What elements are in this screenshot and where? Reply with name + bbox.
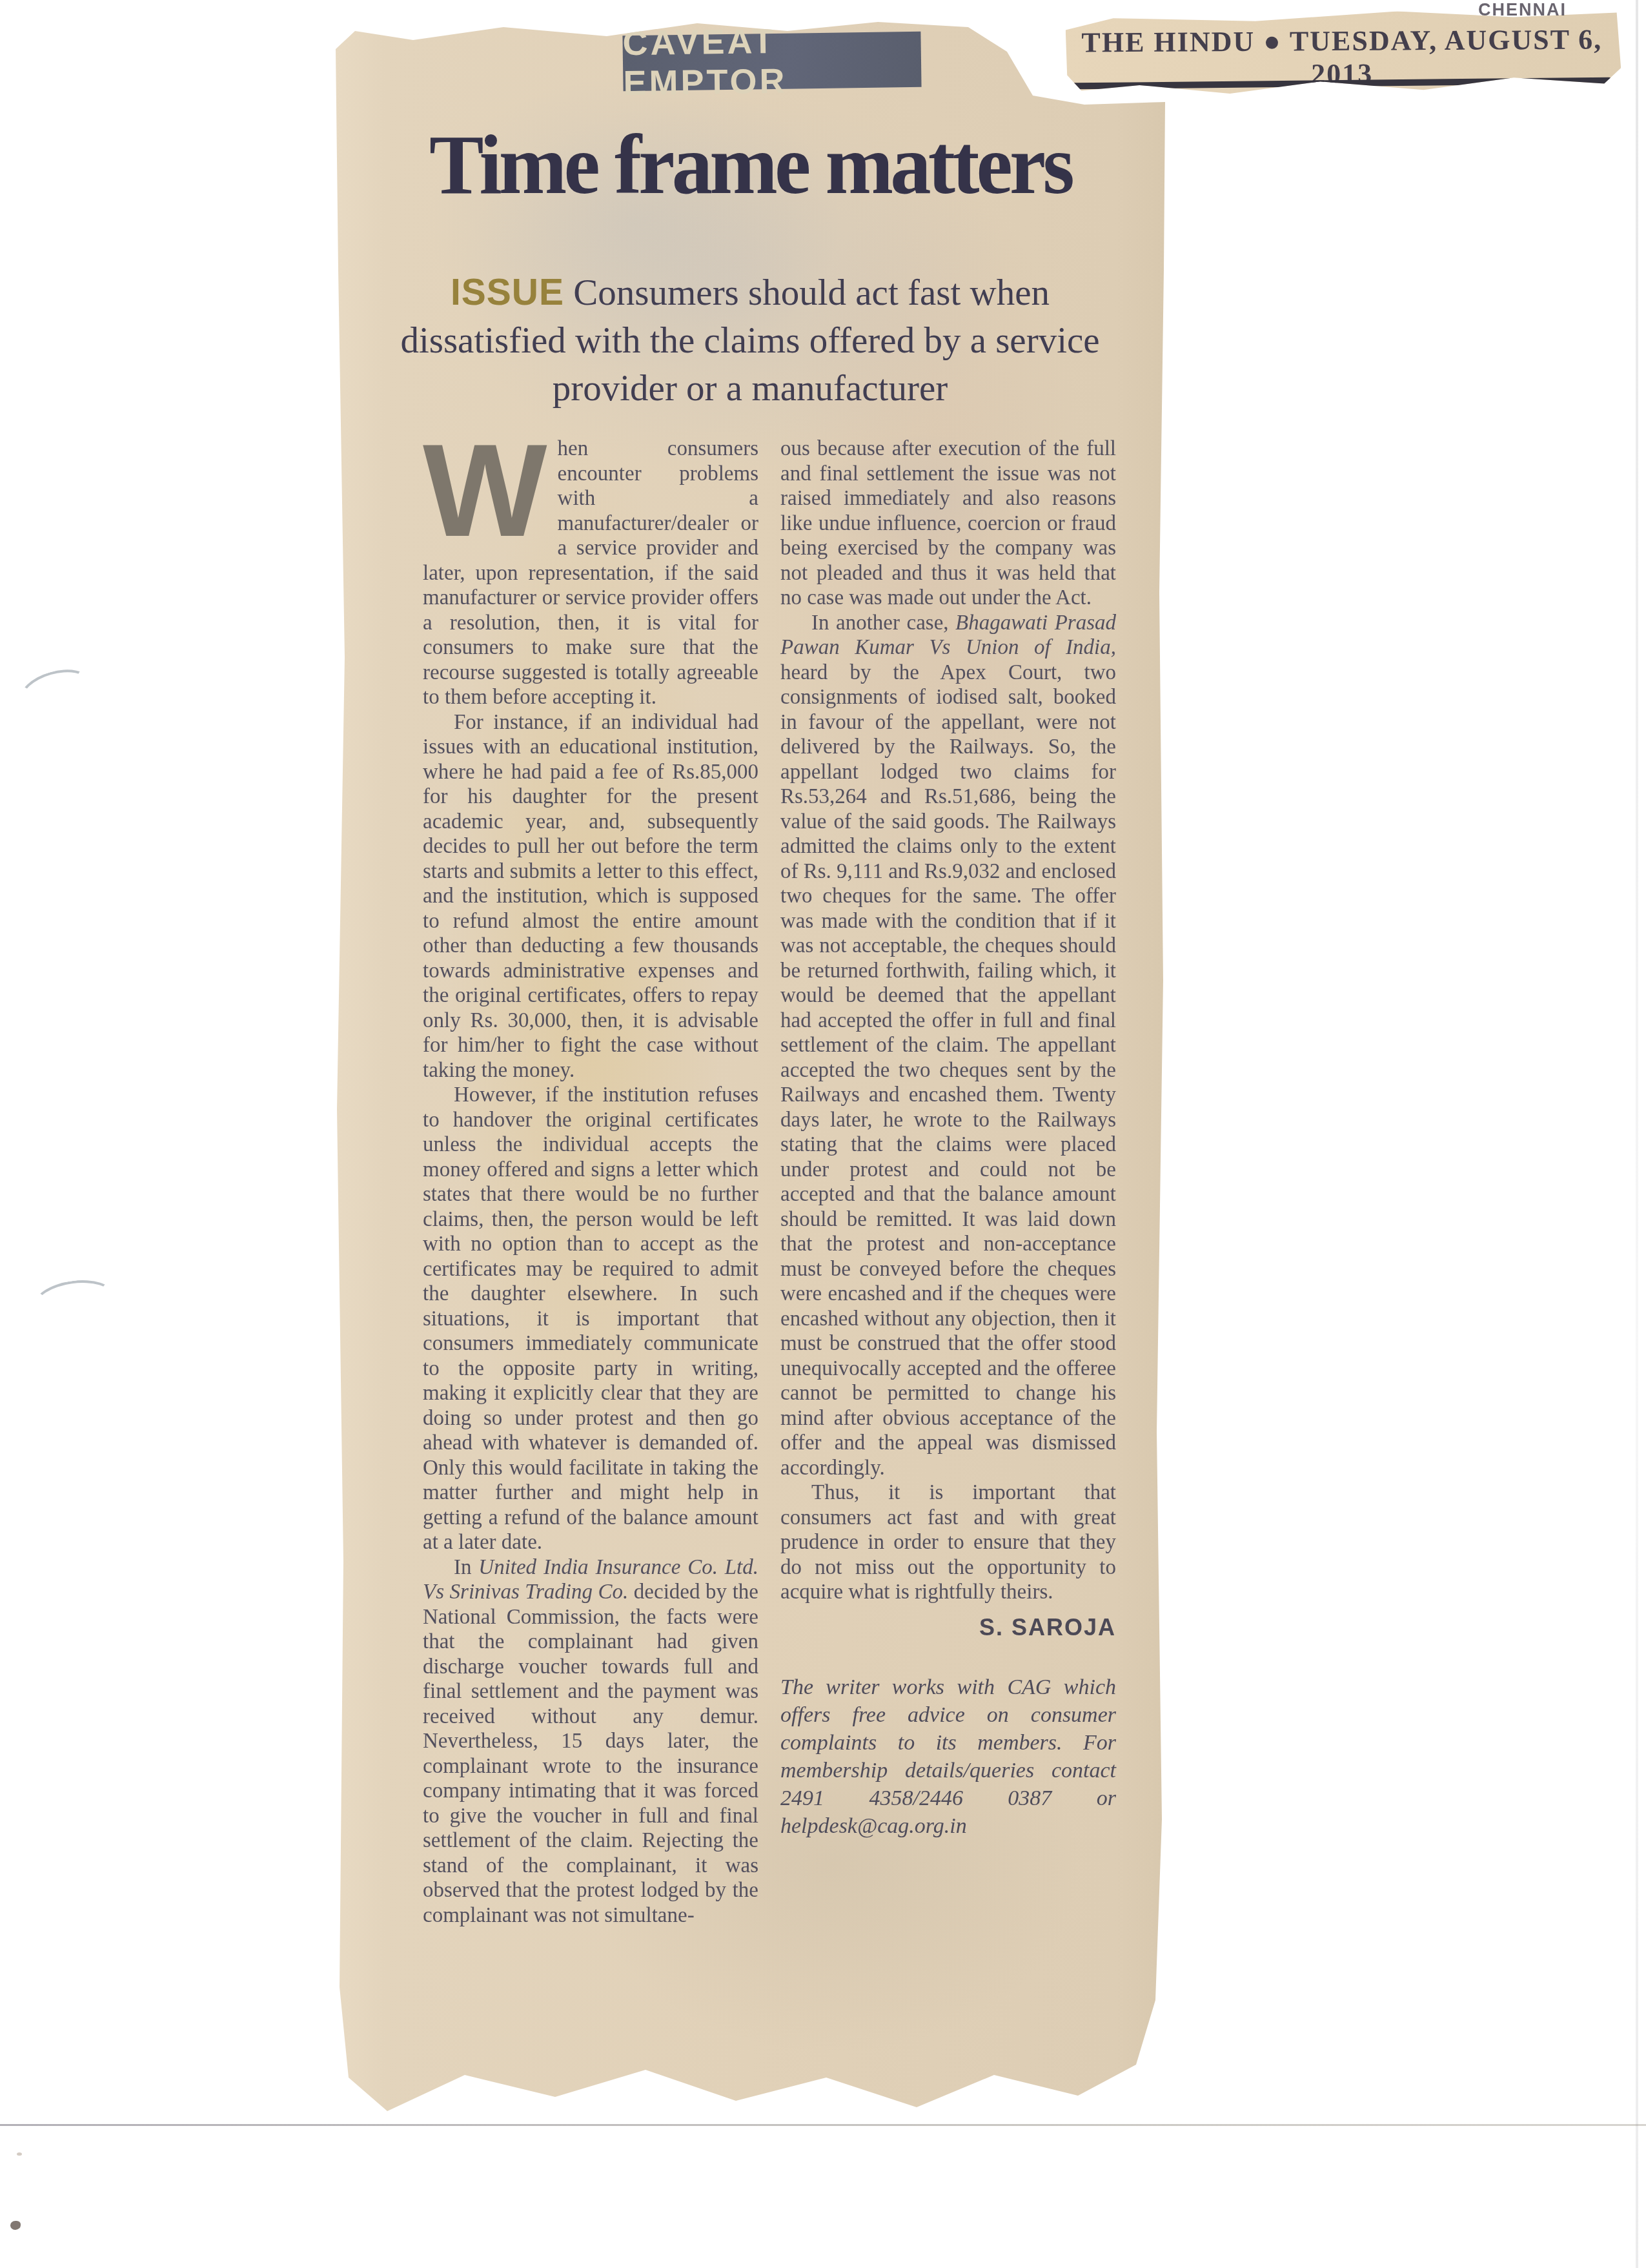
paragraph: ous because after execution of the full … <box>780 436 1116 611</box>
drop-cap: W <box>423 442 547 540</box>
paragraph: In another case, Bhagawati Prasad Pawan … <box>780 611 1116 1481</box>
pencil-mark <box>31 1276 117 1327</box>
ink-speck <box>17 2152 22 2156</box>
article-title: Time frame matters <box>377 115 1124 214</box>
ink-speck <box>10 2221 21 2230</box>
scanned-page: CAVEAT EMPTOR Time frame matters ISSUE C… <box>0 0 1646 2268</box>
paragraph-text: heard by the Apex Court, two consignment… <box>780 661 1116 1480</box>
newspaper-clipping: CAVEAT EMPTOR Time frame matters ISSUE C… <box>336 12 1165 2118</box>
masthead-clipping: THE HINDU ● TUESDAY, AUGUST 6, 2013 <box>1062 6 1623 99</box>
paragraph: In United India Insurance Co. Ltd. Vs Sr… <box>423 1555 758 1928</box>
paragraph: However, if the institution refuses to h… <box>423 1083 758 1555</box>
standfirst: ISSUE Consumers should act fast when dis… <box>389 269 1112 413</box>
kicker-label: CAVEAT EMPTOR <box>622 19 922 103</box>
edition-label: CHENNAI <box>1478 0 1567 20</box>
paragraph: Thus, it is important that consumers act… <box>780 1480 1116 1605</box>
paragraph: For instance, if an individual had issue… <box>423 710 758 1083</box>
column-2: ous because after execution of the full … <box>780 436 1116 1928</box>
paragraph-text: In <box>454 1556 478 1579</box>
kicker-banner: CAVEAT EMPTOR <box>622 32 921 91</box>
scan-edge-shadow <box>1636 0 1638 2268</box>
issue-label: ISSUE <box>451 272 564 313</box>
byline: S. SAROJA <box>780 1615 1116 1640</box>
paragraph-text: In another case, <box>811 611 955 635</box>
paragraph: When consumers encounter problems with a… <box>423 436 758 710</box>
column-1: When consumers encounter problems with a… <box>423 436 758 1928</box>
article-body: When consumers encounter problems with a… <box>423 436 1116 1928</box>
pencil-mark <box>15 662 96 720</box>
author-footnote: The writer works with CAG which offers f… <box>780 1673 1116 1840</box>
scan-edge-line <box>0 2124 1646 2126</box>
paragraph-text: decided by the National Commission, the … <box>423 1580 758 1927</box>
